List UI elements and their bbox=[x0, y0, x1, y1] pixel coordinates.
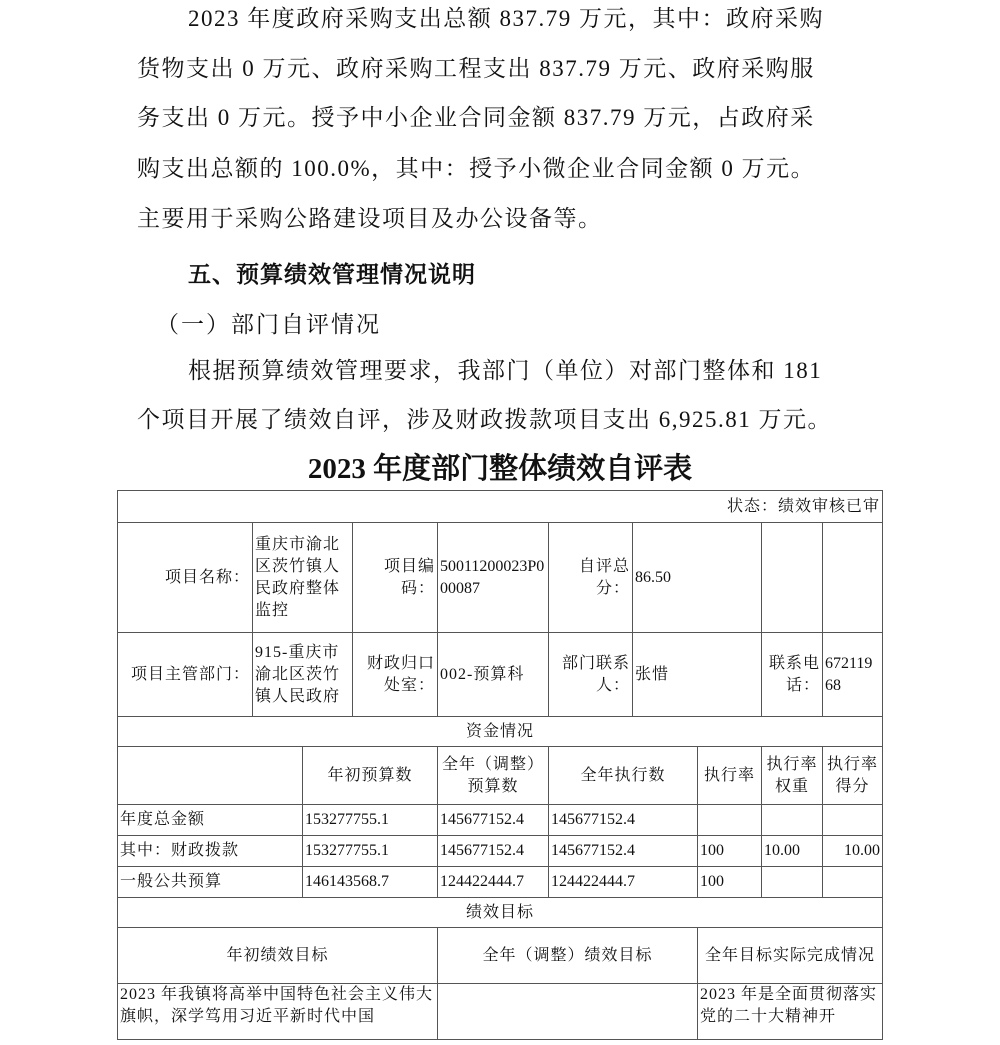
goals-header-actual: 全年目标实际完成情况 bbox=[698, 928, 883, 984]
funds-header-weight: 执行率权重 bbox=[762, 747, 823, 805]
score-value bbox=[823, 867, 883, 898]
empty-cell bbox=[762, 523, 823, 633]
adjusted-value: 145677152.4 bbox=[438, 836, 549, 867]
funds-header-rate: 执行率 bbox=[698, 747, 762, 805]
funds-header-adjusted: 全年（调整）预算数 bbox=[438, 747, 549, 805]
executed-value: 145677152.4 bbox=[549, 836, 698, 867]
dept-label: 项目主管部门： bbox=[118, 633, 253, 717]
text-line: 购支出总额的 100.0%，其中：授予小微企业合同金额 0 万元。 bbox=[137, 155, 815, 183]
funds-header-blank bbox=[118, 747, 303, 805]
weight-value bbox=[762, 805, 823, 836]
phone-value: 67211968 bbox=[823, 633, 883, 717]
row-label: 年度总金额 bbox=[118, 805, 303, 836]
finance-office-value: 002-预算科 bbox=[438, 633, 549, 717]
adjusted-goal-text bbox=[438, 984, 698, 1040]
score-value: 10.00 bbox=[823, 836, 883, 867]
finance-office-label: 财政归口处室： bbox=[353, 633, 438, 717]
dept-value: 915-重庆市渝北区茨竹镇人民政府 bbox=[253, 633, 353, 717]
text-line: 主要用于采购公路建设项目及办公设备等。 bbox=[137, 205, 603, 233]
funds-section-label: 资金情况 bbox=[118, 717, 883, 747]
subsection-heading: （一）部门自评情况 bbox=[156, 306, 381, 339]
adjusted-value: 124422444.7 bbox=[438, 867, 549, 898]
section-heading: 五、预算绩效管理情况说明 bbox=[188, 256, 476, 289]
status-cell: 状态：绩效审核已审 bbox=[118, 491, 883, 523]
initial-goal-text: 2023 年我镇将高举中国特色社会主义伟大旗帜，深学笃用习近平新时代中国 bbox=[118, 984, 438, 1040]
adjusted-value: 145677152.4 bbox=[438, 805, 549, 836]
goals-section-label: 绩效目标 bbox=[118, 898, 883, 928]
goals-header-initial: 年初绩效目标 bbox=[118, 928, 438, 984]
empty-cell bbox=[823, 523, 883, 633]
actual-completion-text: 2023 年是全面贯彻落实党的二十大精神开 bbox=[698, 984, 883, 1040]
row-label: 其中：财政拨款 bbox=[118, 836, 303, 867]
project-name-label: 项目名称： bbox=[118, 523, 253, 633]
score-value bbox=[823, 805, 883, 836]
row-label: 一般公共预算 bbox=[118, 867, 303, 898]
executed-value: 124422444.7 bbox=[549, 867, 698, 898]
score-label: 自评总分： bbox=[549, 523, 633, 633]
weight-value bbox=[762, 867, 823, 898]
text-line: 货物支出 0 万元、政府采购工程支出 837.79 万元、政府采购服 bbox=[137, 55, 815, 83]
rate-value bbox=[698, 805, 762, 836]
table-row: 其中：财政拨款 153277755.1 145677152.4 14567715… bbox=[118, 836, 883, 867]
funds-header-score: 执行率得分 bbox=[823, 747, 883, 805]
project-code-value: 50011200023P000087 bbox=[438, 523, 549, 633]
rate-value: 100 bbox=[698, 867, 762, 898]
rate-value: 100 bbox=[698, 836, 762, 867]
text-line: 务支出 0 万元。授予中小企业合同金额 837.79 万元，占政府采 bbox=[137, 104, 815, 132]
table-row: 一般公共预算 146143568.7 124422444.7 124422444… bbox=[118, 867, 883, 898]
executed-value: 145677152.4 bbox=[549, 805, 698, 836]
contact-value: 张惜 bbox=[633, 633, 762, 717]
funds-header-executed: 全年执行数 bbox=[549, 747, 698, 805]
text-line: 2023 年度政府采购支出总额 837.79 万元，其中：政府采购 bbox=[188, 5, 824, 33]
initial-value: 153277755.1 bbox=[303, 805, 438, 836]
initial-value: 146143568.7 bbox=[303, 867, 438, 898]
project-name-value: 重庆市渝北区茨竹镇人民政府整体监控 bbox=[253, 523, 353, 633]
table-title: 2023 年度部门整体绩效自评表 bbox=[0, 446, 1000, 487]
project-code-label: 项目编码： bbox=[353, 523, 438, 633]
table-row: 2023 年我镇将高举中国特色社会主义伟大旗帜，深学笃用习近平新时代中国 202… bbox=[118, 984, 883, 1040]
funds-header-initial: 年初预算数 bbox=[303, 747, 438, 805]
table-row: 年度总金额 153277755.1 145677152.4 145677152.… bbox=[118, 805, 883, 836]
score-value: 86.50 bbox=[633, 523, 762, 633]
contact-label: 部门联系人： bbox=[549, 633, 633, 717]
weight-value: 10.00 bbox=[762, 836, 823, 867]
initial-value: 153277755.1 bbox=[303, 836, 438, 867]
text-line: 根据预算绩效管理要求，我部门（单位）对部门整体和 181 bbox=[188, 357, 822, 385]
text-line: 个项目开展了绩效自评，涉及财政拨款项目支出 6,925.81 万元。 bbox=[137, 406, 832, 434]
phone-label: 联系电话： bbox=[762, 633, 823, 717]
goals-header-adjusted: 全年（调整）绩效目标 bbox=[438, 928, 698, 984]
performance-table: 状态：绩效审核已审 项目名称： 重庆市渝北区茨竹镇人民政府整体监控 项目编码： … bbox=[117, 490, 883, 1040]
